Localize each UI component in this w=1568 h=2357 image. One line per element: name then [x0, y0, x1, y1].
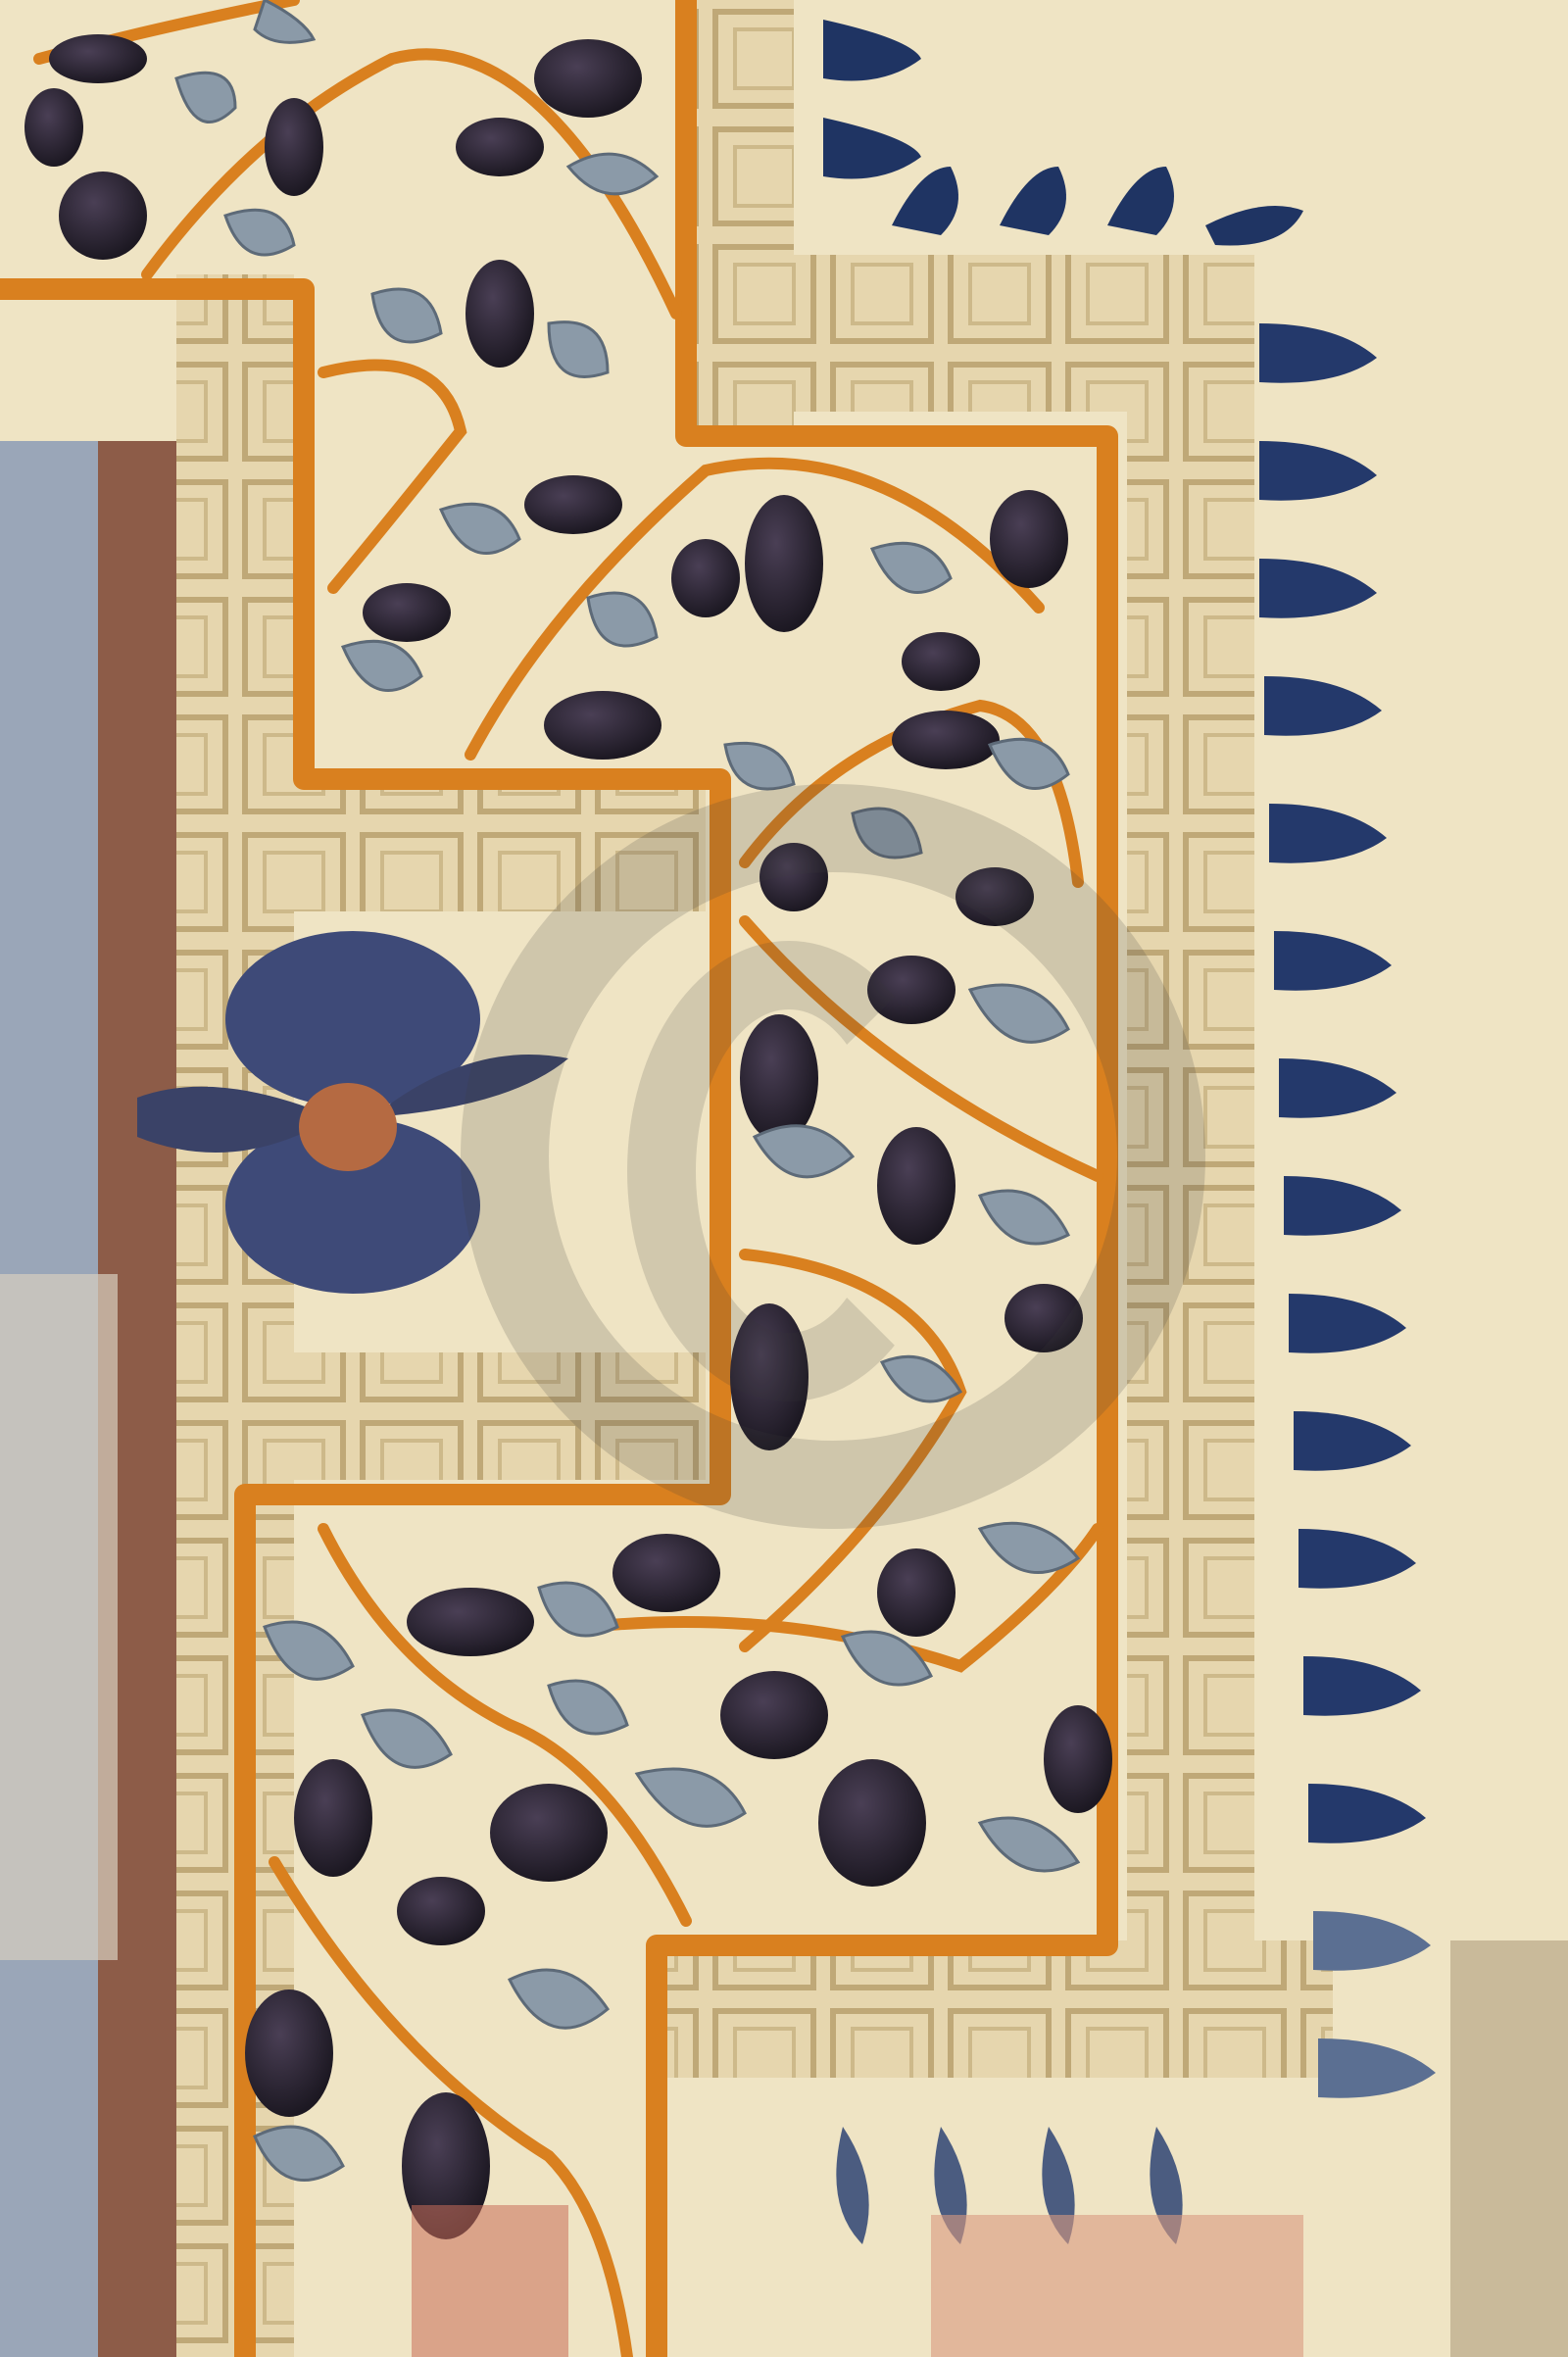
copyright-watermark-c	[627, 941, 951, 1401]
right-block-border	[1127, 274, 1254, 1940]
